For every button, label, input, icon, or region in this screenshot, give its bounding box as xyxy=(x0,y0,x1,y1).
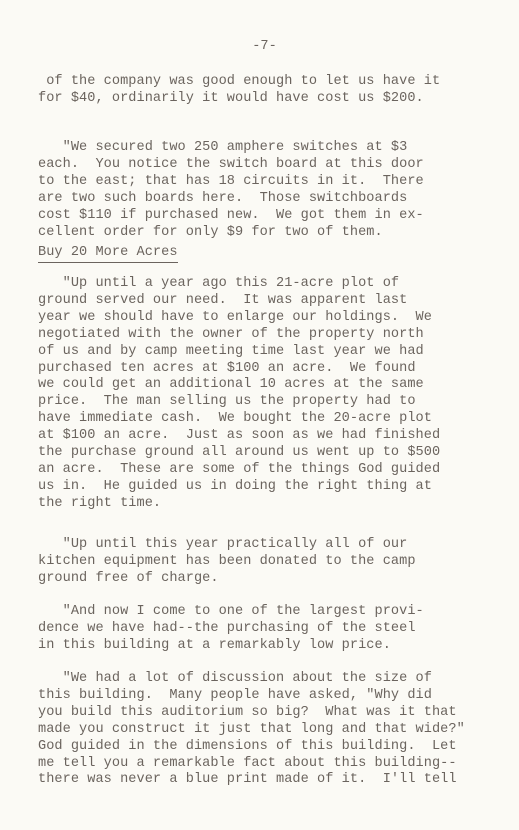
document-page: -7- of the company was good enough to le… xyxy=(0,0,519,830)
paragraph-building-size: "We had a lot of discussion about the si… xyxy=(38,671,465,789)
paragraph-company-price: of the company was good enough to let us… xyxy=(38,74,440,108)
paragraph-switches: "We secured two 250 amphere switches at … xyxy=(38,140,424,241)
paragraph-steel: "And now I come to one of the largest pr… xyxy=(38,604,424,655)
paragraph-kitchen: "Up until this year practically all of o… xyxy=(38,537,416,588)
paragraph-acres: "Up until a year ago this 21-acre plot o… xyxy=(38,276,440,513)
page-number: -7- xyxy=(0,38,519,55)
section-heading: Buy 20 More Acres xyxy=(38,244,178,263)
